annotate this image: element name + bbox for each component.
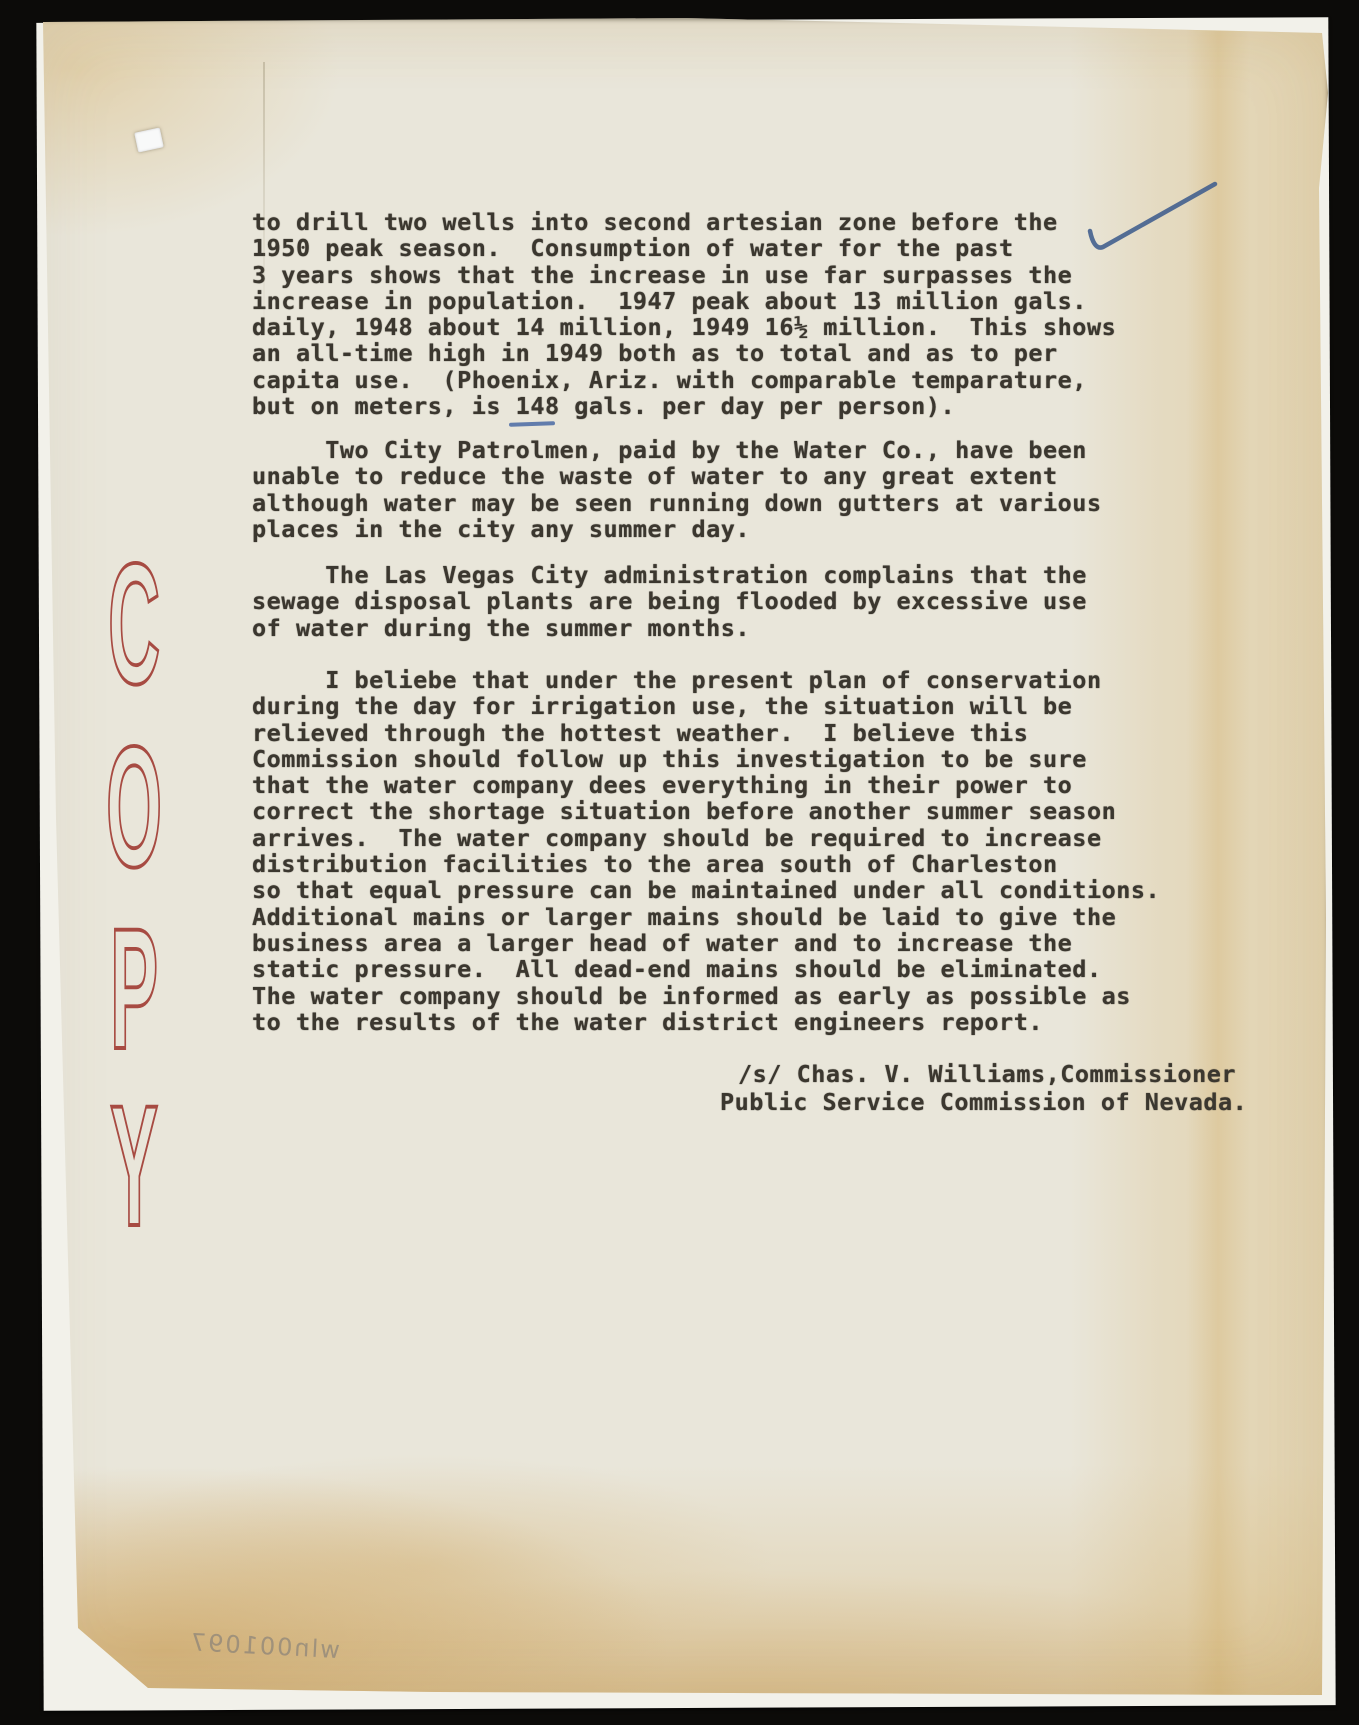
signature-line: /s/ Chas. V. Williams,Commissioner — [738, 1061, 1236, 1087]
typed-paragraph-1: to drill two wells into second artesian … — [252, 209, 1116, 419]
copy-stamp-letter: Y — [110, 1070, 158, 1251]
copy-stamp-letter: P — [110, 893, 158, 1085]
copy-stamp-letter: O — [106, 711, 162, 903]
pen-underline-annotation — [509, 421, 555, 426]
copy-stamp: C O P Y — [98, 545, 170, 1251]
typed-paragraph-4: I beliebe that under the present plan of… — [252, 667, 1160, 1035]
document-page: C O P Y to drill two wells into second a… — [36, 18, 1328, 1700]
copy-stamp-letter: C — [108, 545, 160, 720]
paper-chip — [134, 128, 164, 153]
signature-org-line: Public Service Commission of Nevada. — [720, 1089, 1247, 1115]
typed-paragraph-3: The Las Vegas City administration compla… — [252, 562, 1087, 641]
pen-checkmark-annotation — [1076, 173, 1266, 283]
paper-crease — [263, 62, 265, 342]
typed-paragraph-2: Two City Patrolmen, paid by the Water Co… — [252, 437, 1102, 542]
pencil-note: wln001097 — [104, 1624, 340, 1664]
